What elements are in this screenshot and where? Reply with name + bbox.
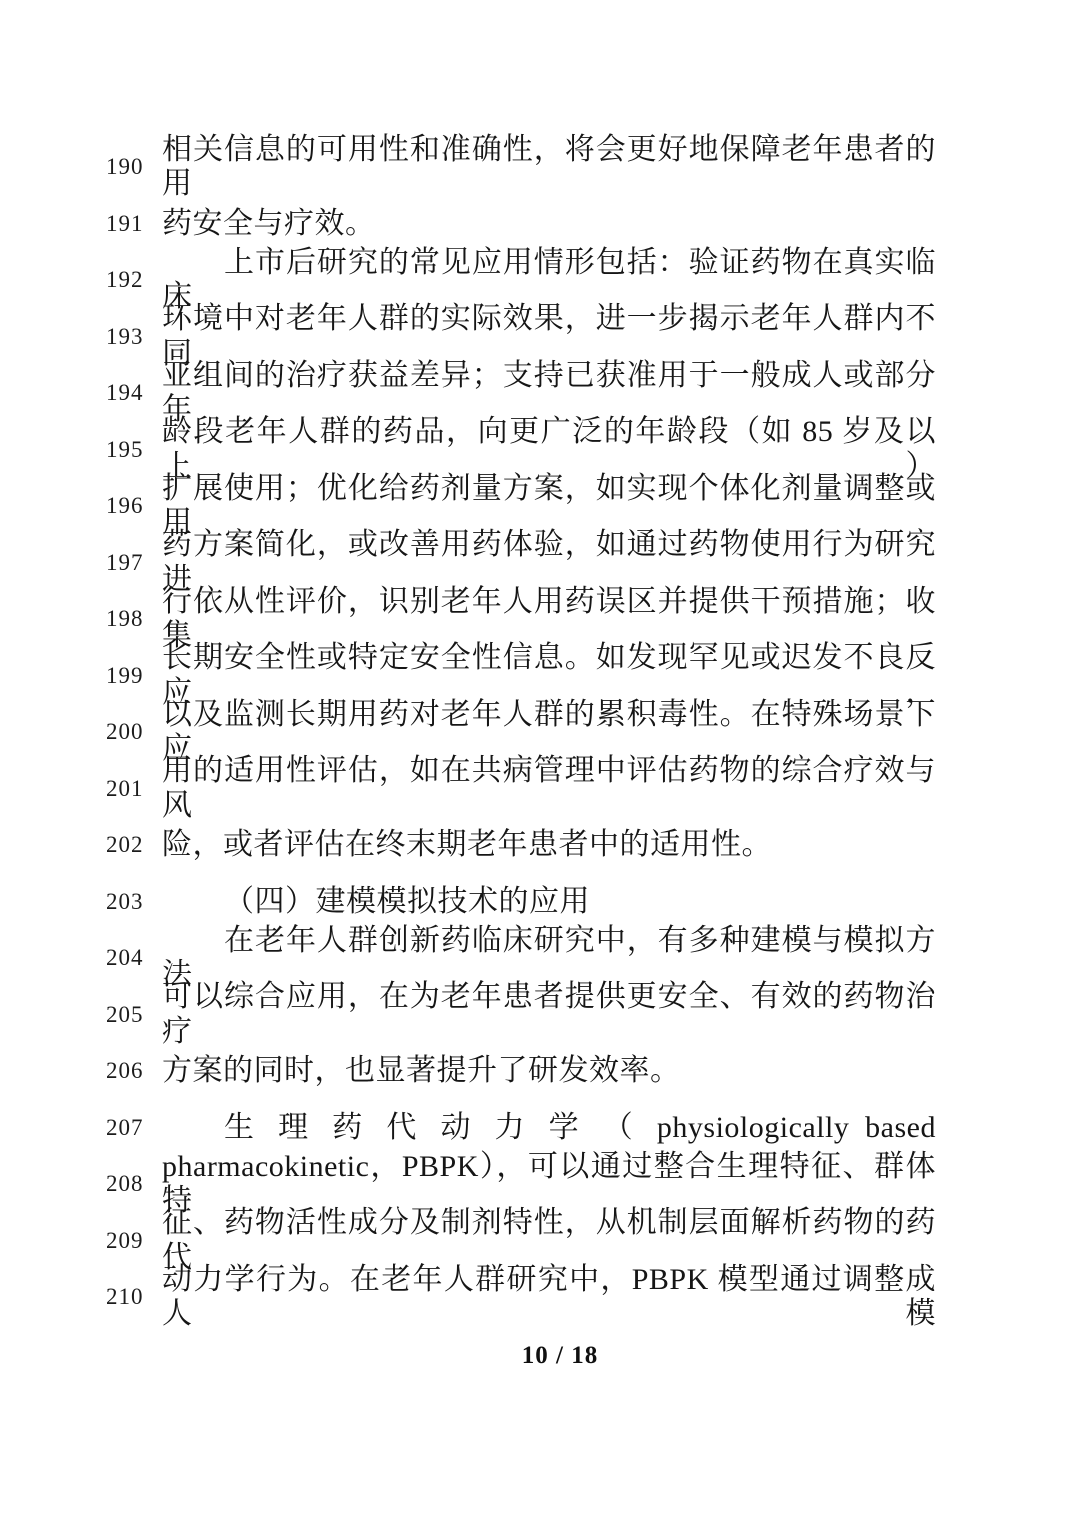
line-text: 生 理 药 代 动 力 学 （ physiologically based <box>162 1111 936 1146</box>
line-number: 206 <box>106 1058 148 1084</box>
line-number: 195 <box>106 437 148 463</box>
text-line: 203 （四）建模模拟技术的应用 <box>0 874 1080 931</box>
line-number: 209 <box>106 1228 148 1254</box>
text-line: 208 pharmacokinetic，PBPK），可以通过整合生理特征、群体特 <box>0 1156 1080 1213</box>
line-number: 190 <box>106 154 148 180</box>
text-line: 193 环境中对老年人群的实际效果，进一步揭示老年人群内不同 <box>0 309 1080 366</box>
text-line: 197 药方案简化，或改善用药体验，如通过药物使用行为研究进 <box>0 535 1080 592</box>
line-number: 204 <box>106 945 148 971</box>
line-number: 205 <box>106 1002 148 1028</box>
line-number: 192 <box>106 267 148 293</box>
line-number: 200 <box>106 719 148 745</box>
line-number: 199 <box>106 663 148 689</box>
line-text: 药安全与疗效。 <box>162 207 936 242</box>
text-line: 190 相关信息的可用性和准确性，将会更好地保障老年患者的用 <box>0 139 1080 196</box>
line-text: 相关信息的可用性和准确性，将会更好地保障老年患者的用 <box>162 133 936 202</box>
line-text: 动力学行为。在老年人群研究中，PBPK 模型通过调整成人模 <box>162 1263 936 1332</box>
line-number: 191 <box>106 211 148 237</box>
text-line: 204 在老年人群创新药临床研究中，有多种建模与模拟方法 <box>0 930 1080 987</box>
page-number: 10 / 18 <box>20 1342 1080 1370</box>
line-text: 用的适用性评估，如在共病管理中评估药物的综合疗效与风 <box>162 754 936 823</box>
line-number: 202 <box>106 832 148 858</box>
line-text: 可以综合应用，在为老年患者提供更安全、有效的药物治疗 <box>162 980 936 1049</box>
text-line: 201 用的适用性评估，如在共病管理中评估药物的综合疗效与风 <box>0 761 1080 818</box>
text-line: 195 龄段老年人群的药品，向更广泛的年龄段（如 85 岁及以上） <box>0 422 1080 479</box>
text-line: 205 可以综合应用，在为老年患者提供更安全、有效的药物治疗 <box>0 987 1080 1044</box>
line-number: 194 <box>106 380 148 406</box>
line-number: 207 <box>106 1115 148 1141</box>
line-number: 210 <box>106 1284 148 1310</box>
text-block: 190 相关信息的可用性和准确性，将会更好地保障老年患者的用 191 药安全与疗… <box>0 139 1080 1326</box>
text-line: 202 险，或者评估在终末期老年患者中的适用性。 <box>0 817 1080 874</box>
line-text: 险，或者评估在终末期老年患者中的适用性。 <box>162 828 936 863</box>
text-line: 210 动力学行为。在老年人群研究中，PBPK 模型通过调整成人模 <box>0 1269 1080 1326</box>
text-line: 194 亚组间的治疗获益差异；支持已获准用于一般成人或部分年 <box>0 365 1080 422</box>
line-text: （四）建模模拟技术的应用 <box>162 885 936 920</box>
line-number: 193 <box>106 324 148 350</box>
line-number: 203 <box>106 889 148 915</box>
line-text: 方案的同时，也显著提升了研发效率。 <box>162 1054 936 1089</box>
text-line: 192 上市后研究的常见应用情形包括：验证药物在真实临床 <box>0 252 1080 309</box>
line-number: 208 <box>106 1171 148 1197</box>
text-line: 209 征、药物活性成分及制剂特性，从机制层面解析药物的药代 <box>0 1213 1080 1270</box>
line-number: 197 <box>106 550 148 576</box>
line-number: 201 <box>106 776 148 802</box>
document-page: 190 相关信息的可用性和准确性，将会更好地保障老年患者的用 191 药安全与疗… <box>0 0 1080 1528</box>
text-line: 191 药安全与疗效。 <box>0 196 1080 253</box>
text-line: 198 行依从性评价，识别老年人用药误区并提供干预措施；收集 <box>0 591 1080 648</box>
line-number: 196 <box>106 493 148 519</box>
line-number: 198 <box>106 606 148 632</box>
text-line: 207 生 理 药 代 动 力 学 （ physiologically base… <box>0 1100 1080 1157</box>
text-line: 206 方案的同时，也显著提升了研发效率。 <box>0 1043 1080 1100</box>
text-line: 196 扩展使用；优化给药剂量方案，如实现个体化剂量调整或用 <box>0 478 1080 535</box>
text-line: 200 以及监测长期用药对老年人群的累积毒性。在特殊场景下应 <box>0 704 1080 761</box>
text-line: 199 长期安全性或特定安全性信息。如发现罕见或迟发不良反应， <box>0 648 1080 705</box>
